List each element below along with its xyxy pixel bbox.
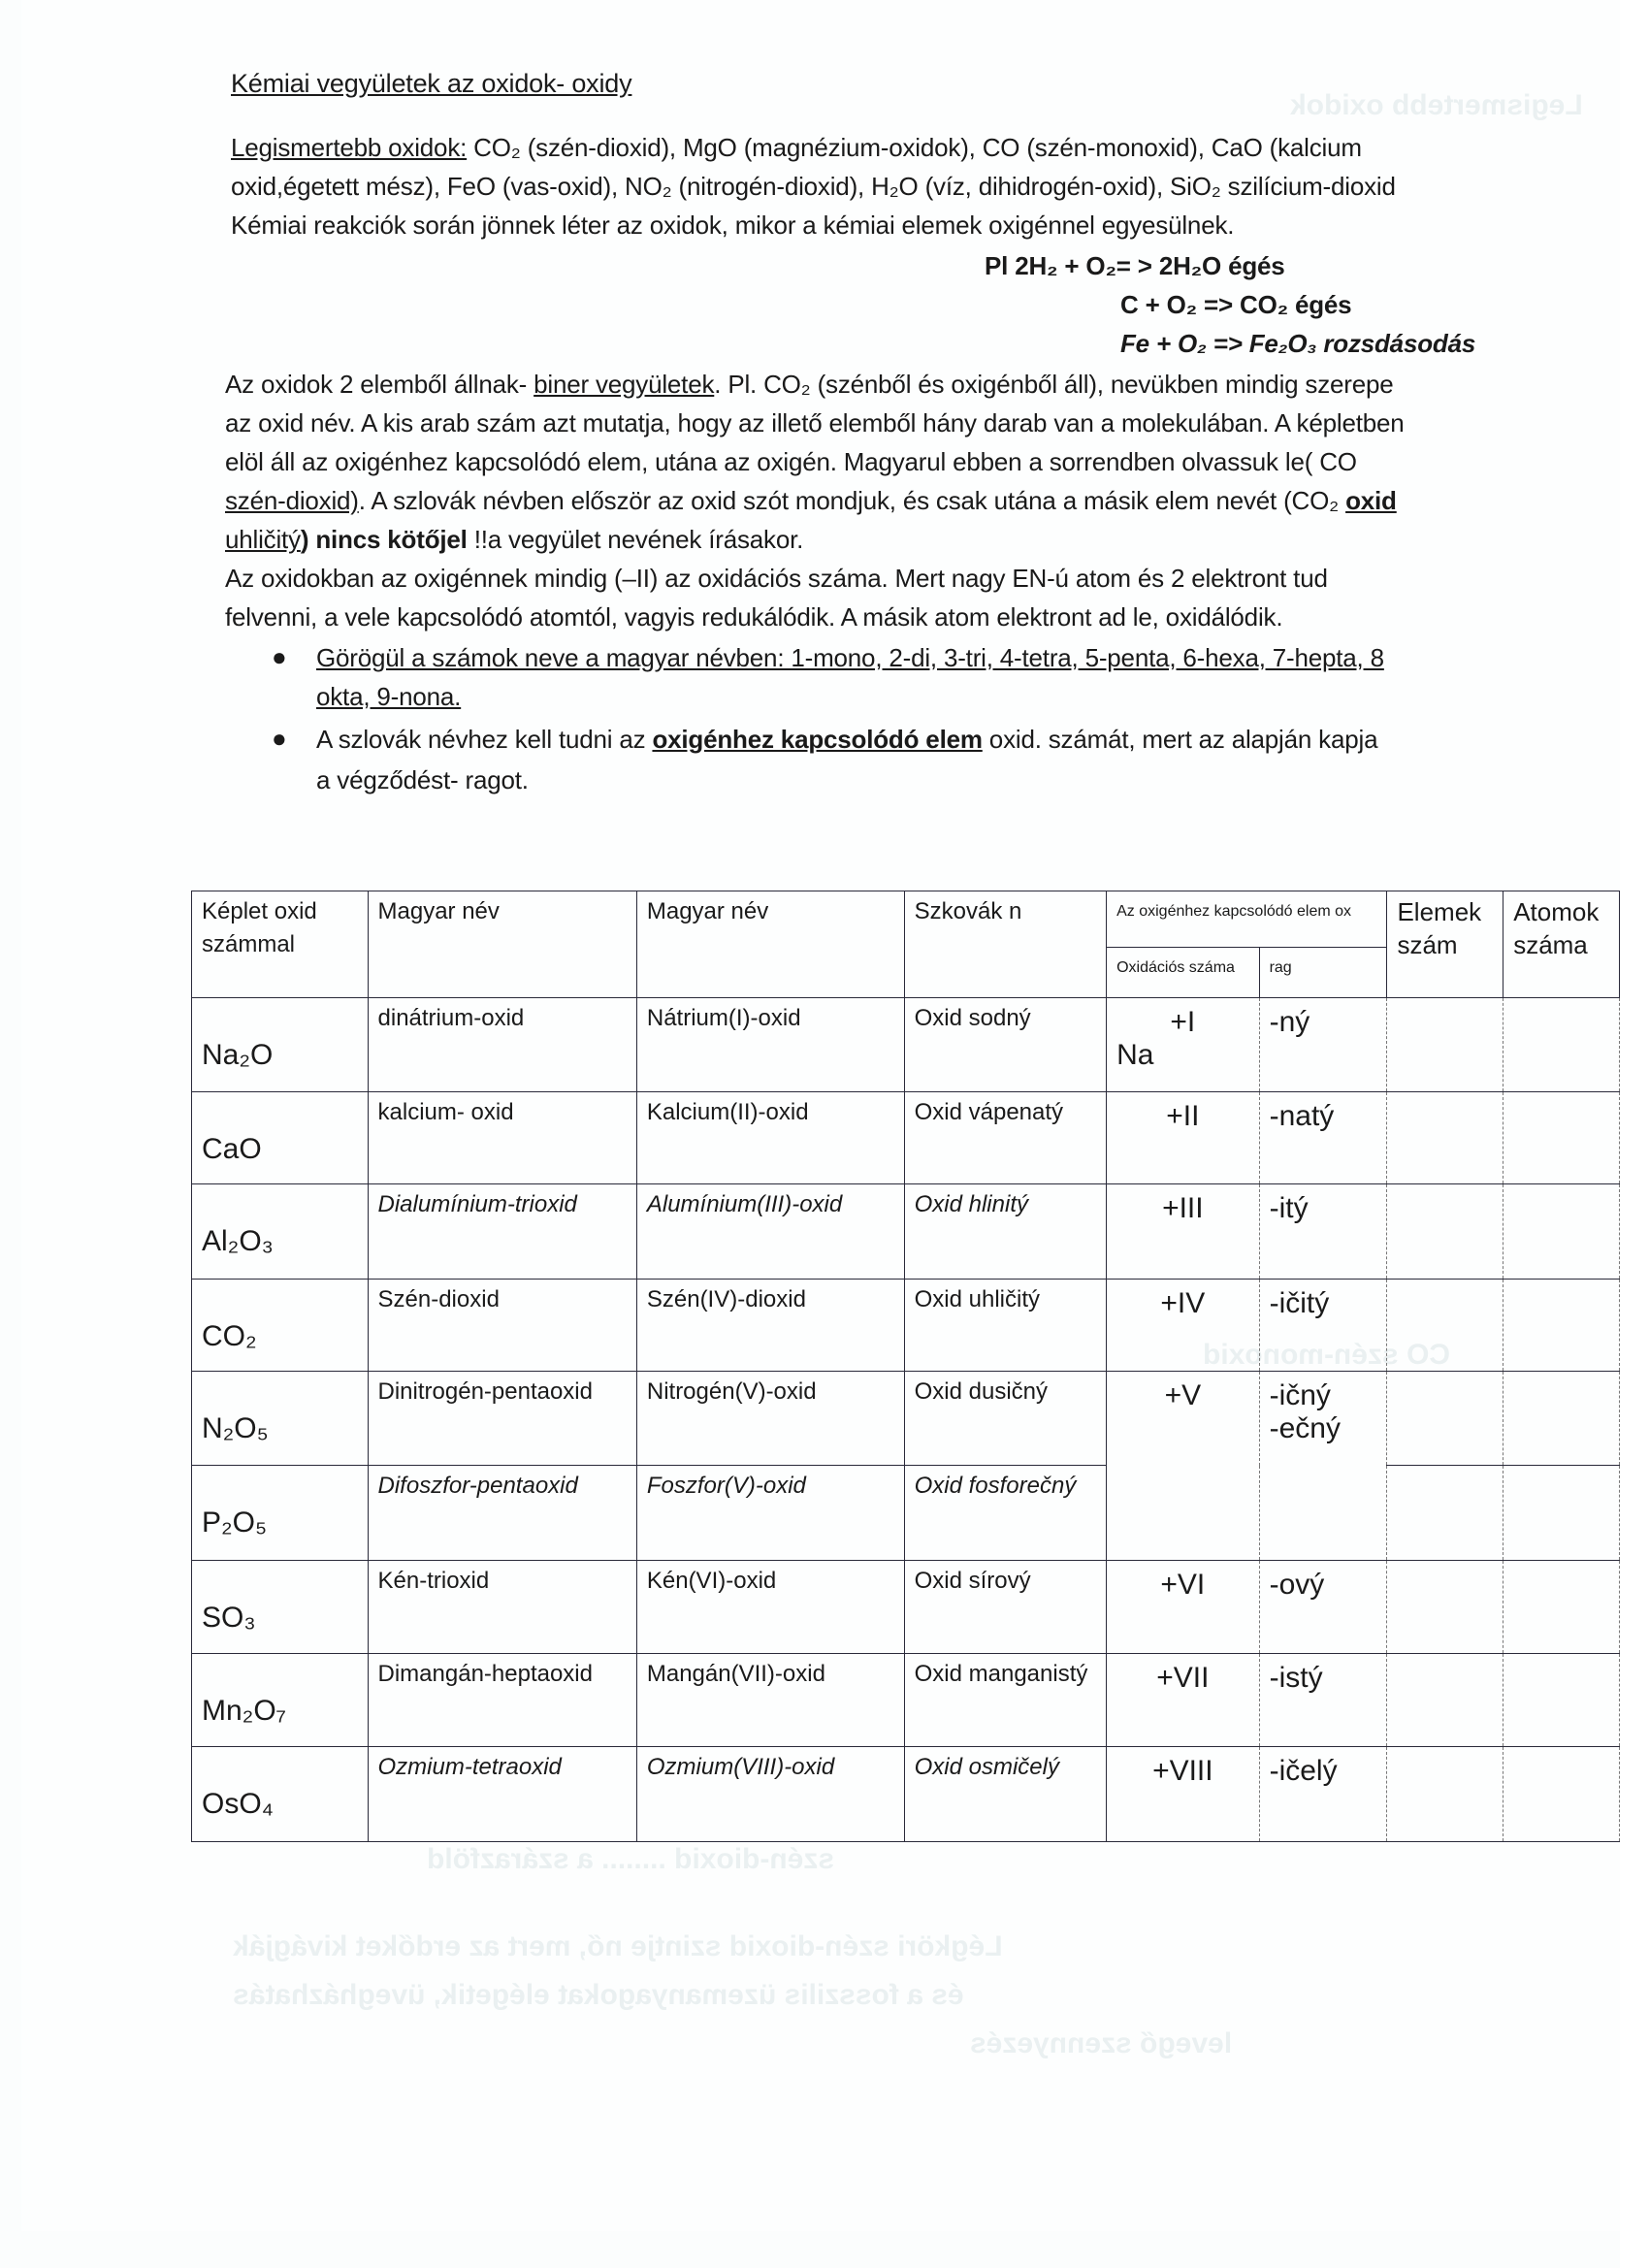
paragraph-1-line-3: elöl áll az oxigénhez kapcsolódó elem, u… [225,446,1357,477]
table-row: CO₂Szén-dioxidSzén(IV)-dioxidOxid uhliči… [192,1280,1620,1372]
reaction-equation: Fe + O₂ => Fe₂O₃ [1120,329,1316,358]
cell-suffix: -ičitý [1259,1280,1387,1372]
table-row: N₂O₅Dinitrogén-pentaoxidNitrogén(V)-oxid… [192,1372,1620,1466]
cell-element-count [1387,1280,1503,1372]
reaction-equation: C + O₂ => CO₂ [1120,290,1288,319]
suffix-text: -itý [1270,1192,1377,1225]
cell-formula: SO₃ [192,1561,369,1654]
reaction-equation: 2H₂ + O₂= > 2H₂O [1015,251,1221,280]
cell-hungarian-name-1-text: kalcium- oxid [378,1099,514,1125]
cell-formula: N₂O₅ [192,1372,369,1466]
reaction-1: Pl 2H₂ + O₂= > 2H₂O égés [985,250,1285,281]
bullet-icon: ● [272,724,287,754]
cell-atom-count [1503,1280,1620,1372]
oxidation-number-text: +VII [1116,1662,1248,1695]
cell-element-count [1387,1184,1503,1280]
cell-formula: CaO [192,1092,369,1184]
intro-text: CO₂ (szén-dioxid), MgO (magnézium-oxidok… [473,133,1362,162]
cell-atom-count [1503,1654,1620,1747]
cell-slovak-name: Oxid fosforečný [904,1466,1107,1561]
cell-atom-count [1503,998,1620,1092]
table-row: CaOkalcium- oxidKalcium(II)-oxidOxid váp… [192,1092,1620,1184]
cell-hungarian-name-1-text: Difoszfor-pentaoxid [378,1473,578,1499]
scan-edge [1620,0,1649,2268]
formula-text: N₂O₅ [202,1412,358,1445]
bullet-2-line-2: a végződést- ragot. [316,764,529,795]
header-hungarian-name-2: Magyar név [636,891,904,998]
oxidation-number-text: +V [1116,1379,1248,1412]
cell-oxidation-number: +III [1107,1184,1259,1280]
cell-hungarian-name-1-text: Dialumínium-trioxid [378,1191,577,1217]
cell-slovak-name-text: Oxid sodný [915,1005,1031,1031]
cell-hungarian-name-2: Nátrium(I)-oxid [636,998,904,1092]
cell-slovak-name: Oxid sírový [904,1561,1107,1654]
cell-hungarian-name-2-text: Alumínium(III)-oxid [647,1191,842,1217]
paragraph-2-line-1: Az oxidokban az oxigénnek mindig (–II) a… [225,563,1328,594]
cell-oxidation-number: +V [1107,1372,1259,1561]
cell-suffix: -ný [1259,998,1387,1092]
cell-atom-count [1503,1747,1620,1842]
suffix-text: -ičelý [1270,1755,1377,1788]
cell-slovak-name: Oxid sodný [904,998,1107,1092]
cell-hungarian-name-1: dinátrium-oxid [368,998,636,1092]
page-title: Kémiai vegyületek az oxidok- oxidy [231,68,631,99]
cell-hungarian-name-2: Nitrogén(V)-oxid [636,1372,904,1466]
cell-slovak-name: Oxid uhličitý [904,1280,1107,1372]
cell-slovak-name: Oxid hlinitý [904,1184,1107,1280]
header-hungarian-name-1: Magyar név [368,891,636,998]
oxidation-number-text: +IV [1116,1287,1248,1320]
intro-label: Legismertebb oxidok: [231,133,467,162]
cell-oxidation-number: +VIII [1107,1747,1259,1842]
cell-oxidation-number: +IV [1107,1280,1259,1372]
cell-oxidation-number: +INa [1107,998,1259,1092]
cell-atom-count [1503,1466,1620,1561]
cell-suffix: -ičný -ečný [1259,1372,1387,1561]
content-area: Kémiai vegyületek az oxidok- oxidy Legis… [0,0,1620,2268]
cell-element-count [1387,1654,1503,1747]
table-row: Al₂O₃Dialumínium-trioxidAlumínium(III)-o… [192,1184,1620,1280]
oxides-table: Képlet oxid számmal Magyar név Magyar né… [191,891,1620,1842]
cell-atom-count [1503,1184,1620,1280]
cell-slovak-name-text: Oxid manganistý [915,1661,1088,1687]
cell-slovak-name: Oxid osmičelý [904,1747,1107,1842]
suffix-text: -ičitý [1270,1287,1377,1320]
cell-element-count [1387,1466,1503,1561]
reaction-type: rozsdásodás [1323,329,1475,358]
cell-hungarian-name-2: Kalcium(II)-oxid [636,1092,904,1184]
header-formula: Képlet oxid számmal [192,891,369,998]
bullet-1-line-2: okta, 9-nona. [316,681,461,712]
reaction-type: égés [1295,290,1351,319]
text: A szlovák névhez kell tudni az [316,725,652,754]
cell-suffix: -ový [1259,1561,1387,1654]
underlined-term: biner vegyületek [533,370,714,399]
cell-hungarian-name-2: Foszfor(V)-oxid [636,1466,904,1561]
cell-suffix: -itý [1259,1184,1387,1280]
table-row: Mn₂O₇Dimangán-heptaoxidMangán(VII)-oxidO… [192,1654,1620,1747]
cell-slovak-name-text: Oxid osmičelý [915,1754,1059,1780]
cell-hungarian-name-1-text: dinátrium-oxid [378,1005,525,1031]
header-atom-count: Atomok száma [1503,891,1620,998]
cell-oxidation-number: +VI [1107,1561,1259,1654]
cell-hungarian-name-1: kalcium- oxid [368,1092,636,1184]
cell-element-count [1387,998,1503,1092]
cell-formula: Al₂O₃ [192,1184,369,1280]
suffix-text: -ný [1270,1006,1377,1039]
cell-suffix: -ičelý [1259,1747,1387,1842]
header-oxidation-group: Az oxigénhez kapcsolódó elem ox [1107,891,1387,948]
paragraph-1-line-1: Az oxidok 2 elemből állnak- biner vegyül… [225,369,1394,400]
text: oxid. számát, mert az alapján kapja [983,725,1378,754]
cell-hungarian-name-1: Dialumínium-trioxid [368,1184,636,1280]
cell-hungarian-name-1: Dimangán-heptaoxid [368,1654,636,1747]
oxidation-number-text: +VI [1116,1569,1248,1602]
cell-oxidation-number: +VII [1107,1654,1259,1747]
header-suffix: rag [1259,948,1387,998]
text: Az oxidok 2 elemből állnak- [225,370,533,399]
cell-hungarian-name-2-text: Ozmium(VIII)-oxid [647,1754,834,1780]
reaction-3: Fe + O₂ => Fe₂O₃ rozsdásodás [1120,328,1475,359]
intro-line-2: oxid,égetett mész), FeO (vas-oxid), NO₂ … [231,171,1396,202]
cell-formula: Na₂O [192,998,369,1092]
bullet-icon: ● [272,642,287,672]
table-row: SO₃Kén-trioxidKén(VI)-oxidOxid sírový+VI… [192,1561,1620,1654]
cell-slovak-name-text: Oxid dusičný [915,1378,1048,1405]
text: . Pl. CO₂ (szénből és oxigénből áll), ne… [714,370,1393,399]
cell-hungarian-name-1-text: Kén-trioxid [378,1568,490,1594]
formula-text: SO₃ [202,1602,358,1635]
cell-hungarian-name-2-text: Mangán(VII)-oxid [647,1661,825,1687]
oxidation-number-text: +II [1116,1100,1248,1133]
formula-text: CO₂ [202,1320,358,1353]
table-row: OsO₄Ozmium-tetraoxidOzmium(VIII)-oxidOxi… [192,1747,1620,1842]
suffix-text: -natý [1270,1100,1377,1133]
reaction-type: égés [1228,251,1284,280]
intro-line-1: Legismertebb oxidok: CO₂ (szén-dioxid), … [231,132,1620,163]
cell-suffix: -natý [1259,1092,1387,1184]
suffix-text: -istý [1270,1662,1377,1695]
intro-line-3: Kémiai reakciók során jönnek léter az ox… [231,210,1234,241]
cell-hungarian-name-1: Ozmium-tetraoxid [368,1747,636,1842]
cell-hungarian-name-2-text: Szén(IV)-dioxid [647,1286,806,1312]
cell-hungarian-name-1: Szén-dioxid [368,1280,636,1372]
suffix-text: -ičný -ečný [1270,1379,1377,1445]
cell-slovak-name: Oxid manganistý [904,1654,1107,1747]
oxidation-number-text: +I [1116,1006,1248,1039]
cell-element-count [1387,1372,1503,1466]
cell-formula: Mn₂O₇ [192,1654,369,1747]
formula-text: Al₂O₃ [202,1225,358,1258]
formula-text: CaO [202,1133,358,1166]
cell-hungarian-name-1-text: Dinitrogén-pentaoxid [378,1378,593,1405]
cell-formula: P₂O₅ [192,1466,369,1561]
cell-suffix: -istý [1259,1654,1387,1747]
cell-formula: OsO₄ [192,1747,369,1842]
element-symbol-note: Na [1116,1039,1248,1072]
cell-element-count [1387,1747,1503,1842]
cell-element-count [1387,1092,1503,1184]
cell-hungarian-name-2-text: Nátrium(I)-oxid [647,1005,801,1031]
header-slovak-name: Szkovák n [904,891,1107,998]
bold-term: oxigénhez kapcsolódó elem [652,725,982,754]
cell-hungarian-name-2: Ozmium(VIII)-oxid [636,1747,904,1842]
cell-element-count [1387,1561,1503,1654]
formula-text: Na₂O [202,1039,358,1072]
header-element-count: Elemek szám [1387,891,1503,998]
suffix-text: -ový [1270,1569,1377,1602]
underlined-term: uhličitý [225,525,301,554]
cell-slovak-name-text: Oxid hlinitý [915,1191,1028,1217]
paragraph-1-line-5: uhličitý) nincs kötőjel !!a vegyület nev… [225,524,803,555]
cell-hungarian-name-1: Difoszfor-pentaoxid [368,1466,636,1561]
cell-atom-count [1503,1092,1620,1184]
paragraph-2-line-2: felvenni, a vele kapcsolódó atomtól, vag… [225,601,1282,632]
cell-hungarian-name-2: Alumínium(III)-oxid [636,1184,904,1280]
reaction-2: C + O₂ => CO₂ égés [1120,289,1351,320]
cell-slovak-name-text: Oxid sírový [915,1568,1031,1594]
cell-hungarian-name-1: Dinitrogén-pentaoxid [368,1372,636,1466]
cell-hungarian-name-1-text: Szén-dioxid [378,1286,500,1312]
header-oxidation-number: Oxidációs száma [1107,948,1259,998]
bold-term: oxid [1345,486,1397,515]
cell-slovak-name: Oxid vápenatý [904,1092,1107,1184]
cell-hungarian-name-2: Kén(VI)-oxid [636,1561,904,1654]
paragraph-1-line-2: az oxid név. A kis arab szám azt mutatja… [225,407,1405,438]
table-row: P₂O₅Difoszfor-pentaoxidFoszfor(V)-oxidOx… [192,1466,1620,1561]
text: !!a vegyület nevének írásakor. [468,525,803,554]
paragraph-1-line-4: szén-dioxid). A szlovák névben először a… [225,485,1397,516]
cell-slovak-name: Oxid dusičný [904,1372,1107,1466]
formula-text: OsO₄ [202,1788,358,1821]
cell-atom-count [1503,1372,1620,1466]
cell-atom-count [1503,1561,1620,1654]
cell-hungarian-name-1-text: Ozmium-tetraoxid [378,1754,562,1780]
formula-text: P₂O₅ [202,1507,358,1539]
formula-text: Mn₂O₇ [202,1695,358,1728]
cell-hungarian-name-2-text: Kalcium(II)-oxid [647,1099,809,1125]
reaction-prefix: Pl [985,251,1008,280]
cell-oxidation-number: +II [1107,1092,1259,1184]
bold-term: ) nincs kötőjel [301,525,468,554]
oxidation-number-text: +III [1116,1192,1248,1225]
cell-hungarian-name-1-text: Dimangán-heptaoxid [378,1661,593,1687]
oxidation-number-text: +VIII [1116,1755,1248,1788]
cell-formula: CO₂ [192,1280,369,1372]
text: . A szlovák névben először az oxid szót … [359,486,1345,515]
cell-slovak-name-text: Oxid fosforečný [915,1473,1077,1499]
cell-hungarian-name-2: Mangán(VII)-oxid [636,1654,904,1747]
cell-hungarian-name-2-text: Foszfor(V)-oxid [647,1473,806,1499]
bullet-1-line-1: Görögül a számok neve a magyar névben: 1… [316,642,1384,673]
underlined-term: szén-dioxid) [225,486,359,515]
cell-hungarian-name-2-text: Kén(VI)-oxid [647,1568,776,1594]
cell-slovak-name-text: Oxid uhličitý [915,1286,1040,1312]
bullet-2-line-1: A szlovák névhez kell tudni az oxigénhez… [316,724,1377,755]
cell-hungarian-name-2: Szén(IV)-dioxid [636,1280,904,1372]
table-row: Na₂Odinátrium-oxidNátrium(I)-oxidOxid so… [192,998,1620,1092]
cell-slovak-name-text: Oxid vápenatý [915,1099,1063,1125]
cell-hungarian-name-1: Kén-trioxid [368,1561,636,1654]
cell-hungarian-name-2-text: Nitrogén(V)-oxid [647,1378,817,1405]
